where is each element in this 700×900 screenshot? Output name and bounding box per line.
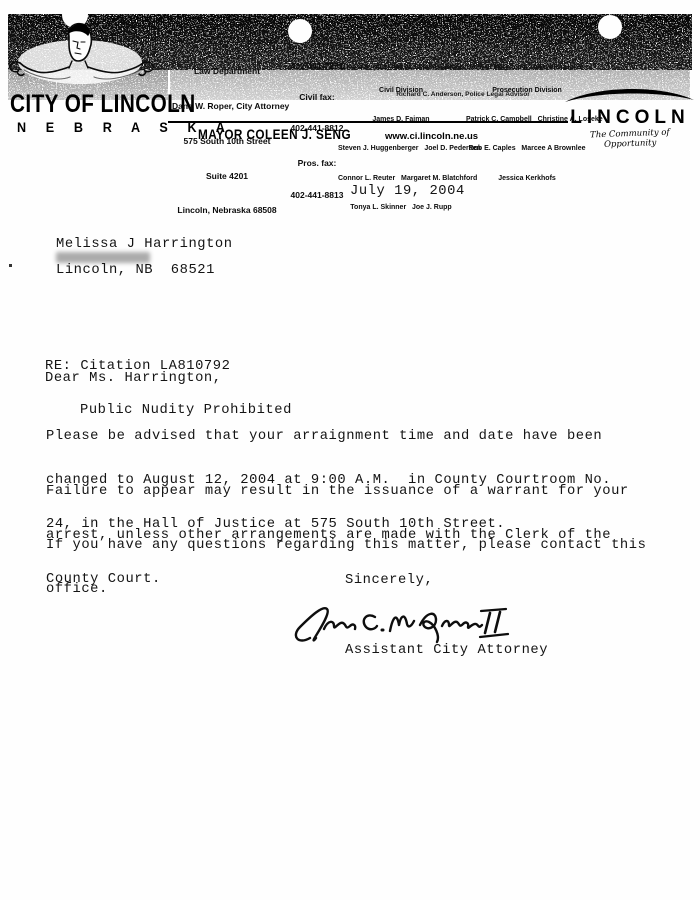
brand-name: LINCOLN (563, 107, 697, 129)
paragraph-line: Please be advised that your arraignment … (46, 430, 611, 445)
scan-hole-artifact (598, 15, 622, 39)
department-city: Lincoln, Nebraska 68508 (172, 205, 282, 217)
lincoln-brand-block: LINCOLN The Community of Opportunity (563, 84, 697, 149)
scanned-letter-page: CITY OF LINCOLN N E B R A S K A Law Depa… (0, 0, 700, 900)
brand-tagline: The Community of Opportunity (563, 127, 698, 152)
staff-name-row: James D. Faiman (338, 115, 464, 125)
paragraph-line: If you have any questions regarding this… (46, 539, 646, 554)
department-title: Law Department (172, 66, 282, 78)
staff-name-row: Tonya L. Skinner Joe J. Rupp (338, 203, 464, 213)
civil-division-block: Civil Division James D. Faiman Steven J.… (338, 66, 464, 233)
city-attorney-name: Dana W. Roper, City Attorney (172, 101, 282, 113)
salutation: Dear Ms. Harrington, (45, 372, 222, 387)
lincoln-swoosh-icon (563, 84, 697, 104)
letter-date: July 19, 2004 (350, 185, 465, 200)
redacted-address-bar (56, 252, 150, 263)
org-name: CITY OF LINCOLN (10, 90, 196, 119)
civil-division-title: Civil Division (338, 86, 464, 96)
closing: Sincerely, (345, 574, 433, 589)
paragraph-line: Failure to appear may result in the issu… (46, 485, 629, 500)
letterhead-divider (168, 121, 568, 123)
recipient-name: Melissa J Harrington (56, 238, 233, 253)
website-url: www.ci.lincoln.ne.us (385, 131, 478, 142)
scan-dot-artifact (9, 264, 12, 267)
mayor-name: MAYOR COLEEN J. SENG (198, 126, 351, 142)
department-suite: Suite 4201 (172, 171, 282, 183)
signer-title: Assistant City Attorney (345, 644, 548, 659)
staff-name-row: Steven J. Huggenberger Joel D. Pedersen (338, 144, 464, 154)
staff-name-row: Jessica Kerkhofs (466, 174, 588, 184)
signature-john-c-mcquinn (290, 598, 520, 646)
recipient-city-line: Lincoln, NB 68521 (56, 264, 215, 279)
staff-name-row: Connor L. Reuter Margaret M. Blatchford (338, 174, 464, 184)
